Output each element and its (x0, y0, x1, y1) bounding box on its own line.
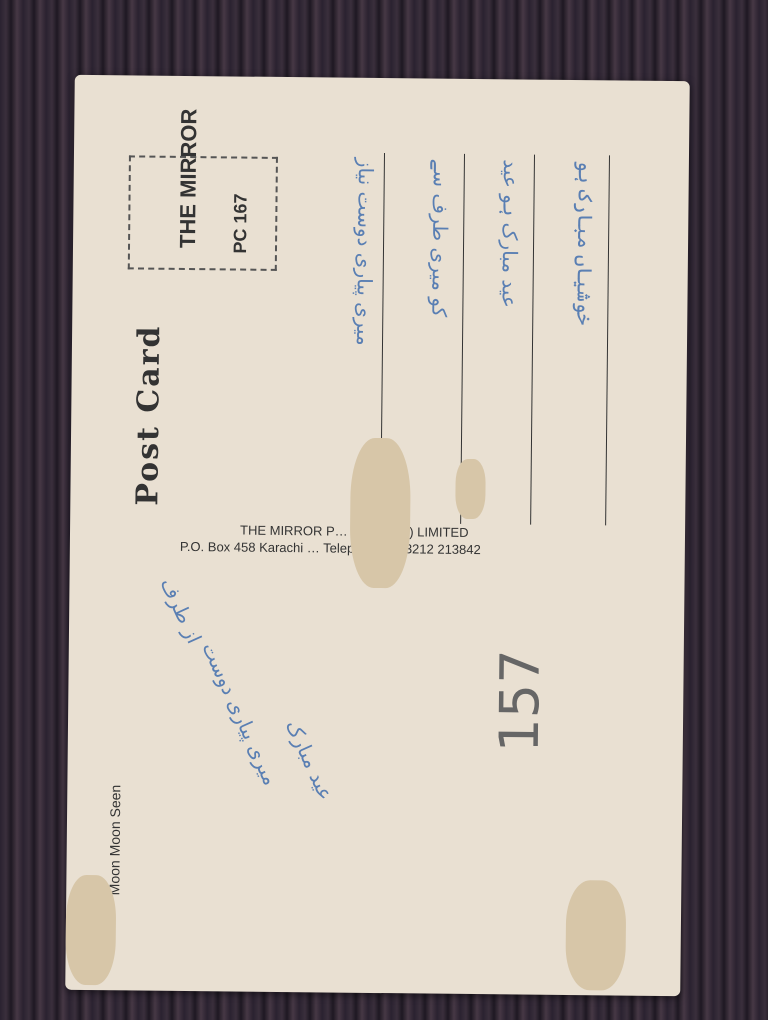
address-line (530, 155, 535, 525)
torn-patch (349, 438, 411, 589)
sender-line-3: عید مبارک (281, 716, 338, 804)
sender-line-2: میری پیاری دوست (197, 638, 283, 788)
torn-patch (65, 875, 116, 986)
torn-patch (455, 459, 486, 519)
publisher-line-2: P.O. Box 458 Karachi … Telephone: 213212… (180, 538, 481, 558)
address-line-4: خوشیاں مبارک ہو (572, 160, 598, 325)
address-line-3: عید مبارک ہو عید (497, 159, 523, 308)
postcard: THE MIRROR PC 167 Post Card میری پیاری د… (65, 75, 690, 996)
sender-line-1: از طرف (156, 574, 206, 647)
stamp-box: THE MIRROR PC 167 (128, 155, 278, 271)
address-line-2: کو میری طرف سے (427, 159, 453, 318)
stamp-brand: THE MIRROR (175, 109, 202, 249)
address-line (605, 155, 610, 525)
postcard-caption: Moon Moon Seen (106, 785, 123, 896)
postcard-title: Post Card (130, 324, 167, 505)
handwritten-number: 157 (488, 649, 552, 753)
torn-patch (565, 880, 626, 991)
stamp-code: PC 167 (230, 193, 252, 253)
address-line-1: میری پیاری دوست نیاز (352, 158, 378, 346)
publisher-info: THE MIRROR P… (PRIVATE) LIMITED P.O. Box… (180, 521, 481, 558)
